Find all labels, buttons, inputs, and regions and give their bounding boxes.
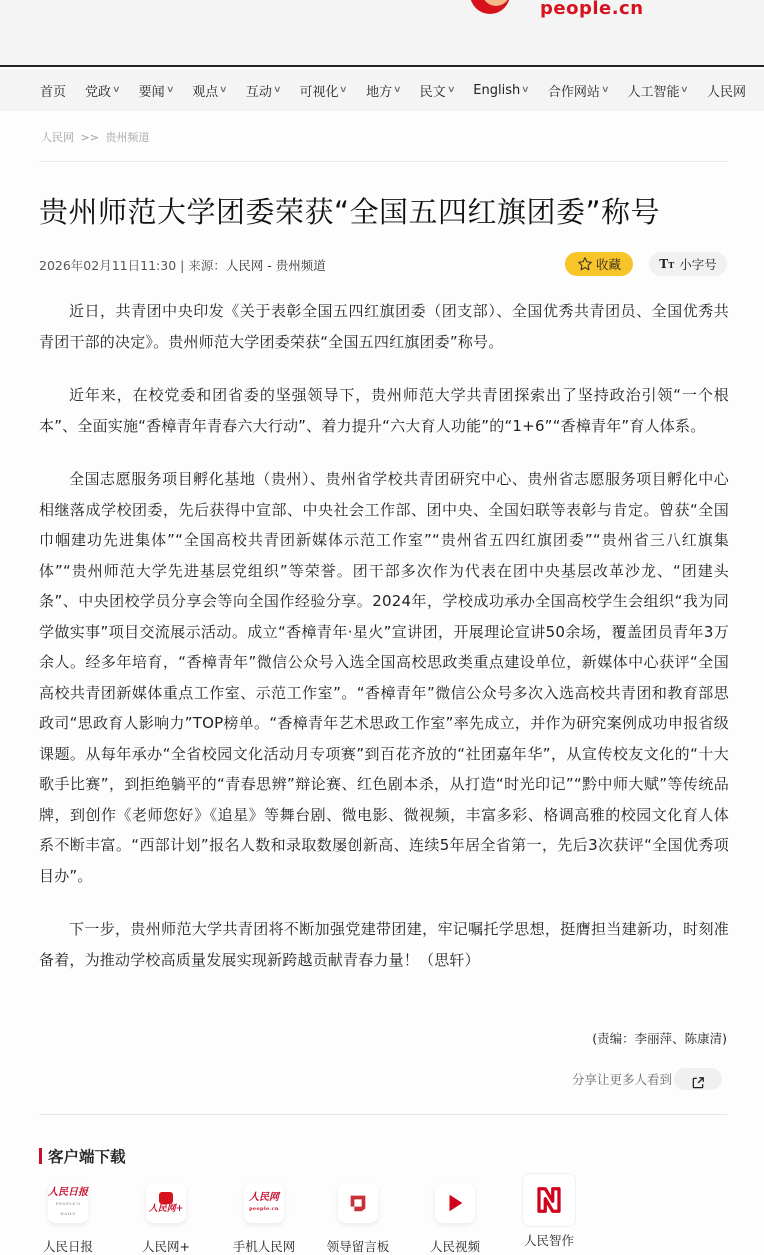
leader-board-icon xyxy=(338,1183,378,1223)
nav-item-visual[interactable]: 可视化∨ xyxy=(299,81,347,100)
nav-label: 互动 xyxy=(246,81,272,100)
nav-label: 可视化 xyxy=(299,81,338,100)
n-logo-icon xyxy=(522,1173,576,1227)
app-item-leader-board[interactable]: 领导留言板 xyxy=(323,1183,393,1255)
logo-mark-icon xyxy=(470,0,514,18)
star-icon xyxy=(577,256,593,272)
site-header: people.cn xyxy=(0,0,764,67)
favorite-label: 收藏 xyxy=(596,255,621,273)
nav-item-news[interactable]: 要闻∨ xyxy=(139,81,174,100)
nav-item-ai[interactable]: 人工智能∨ xyxy=(627,81,688,100)
chevron-down-icon: ∨ xyxy=(601,85,610,95)
chevron-down-icon: ∨ xyxy=(393,85,402,95)
editor-credit: (责编：李丽萍、陈康清) xyxy=(592,1029,727,1047)
nav-label: 民文 xyxy=(420,81,446,100)
article-paragraph: 近日，共青团中央印发《关于表彰全国五四红旗团委（团支部）、全国优秀共青团员、全国… xyxy=(39,296,729,357)
chevron-down-icon: ∨ xyxy=(339,85,348,95)
article-paragraph: 近年来，在校党委和团省委的坚强领导下，贵州师范大学共青团探索出了坚持政治引领“一… xyxy=(39,380,729,441)
article-meta: 2026年02月11日11:30 | 来源：人民网 - 贵州频道 xyxy=(39,256,326,274)
share-icon xyxy=(691,1076,705,1090)
app-item-people-ai[interactable]: 人民智作 xyxy=(514,1183,584,1249)
chevron-down-icon: ∨ xyxy=(166,85,175,95)
people-cn-icon: 人民网people.cn xyxy=(244,1183,284,1223)
app-label: 人民智作 xyxy=(514,1231,584,1249)
app-label: 人民视频 xyxy=(420,1237,490,1255)
breadcrumb: 人民网 >> 贵州频道 xyxy=(41,129,149,145)
section-title-text: 客户端下载 xyxy=(48,1145,126,1167)
chevron-down-icon: ∨ xyxy=(680,85,689,95)
article-body: 近日，共青团中央印发《关于表彰全国五四红旗团委（团支部）、全国优秀共青团员、全国… xyxy=(39,296,729,998)
nav-label: English xyxy=(473,83,520,98)
app-label: 人民网+ xyxy=(131,1237,201,1255)
nav-label: 地方 xyxy=(366,81,392,100)
app-item-people-plus[interactable]: 人民网+ 人民网+ xyxy=(131,1183,201,1255)
breadcrumb-root[interactable]: 人民网 xyxy=(41,131,74,144)
font-size-button[interactable]: TT 小字号 xyxy=(649,252,727,276)
site-logo[interactable]: people.cn xyxy=(470,0,644,19)
font-size-label: 小字号 xyxy=(679,255,717,273)
nav-item-opinion[interactable]: 观点∨ xyxy=(192,81,227,100)
nav-item-english[interactable]: English∨ xyxy=(473,83,529,98)
nav-label: 党政 xyxy=(85,81,111,100)
section-accent-bar xyxy=(39,1148,42,1164)
article-paragraph: 全国志愿服务项目孵化基地（贵州）、贵州省学校共青团研究中心、贵州省志愿服务项目孵… xyxy=(39,464,729,891)
divider xyxy=(39,161,727,162)
favorite-button[interactable]: 收藏 xyxy=(565,252,633,276)
article-paragraph: 下一步，贵州师范大学共青团将不断加强党建带团建，牢记嘱托学思想，挺膺担当建新功，… xyxy=(39,914,729,975)
share-text: 分享让更多人看到 xyxy=(572,1070,672,1088)
nav-label: 观点 xyxy=(192,81,218,100)
text-size-icon: TT xyxy=(659,257,674,271)
app-item-mobile-people[interactable]: 人民网people.cn 手机人民网 xyxy=(229,1183,299,1255)
source-link[interactable]: 人民网 - 贵州频道 xyxy=(226,258,326,273)
publish-datetime: 2026年02月11日11:30 xyxy=(39,258,176,273)
app-item-people-video[interactable]: 人民视频 xyxy=(420,1183,490,1255)
nav-label: 合作网站 xyxy=(548,81,600,100)
page-title: 贵州师范大学团委荣获“全国五四红旗团委”称号 xyxy=(39,190,660,231)
nav-item-people[interactable]: 人民网 xyxy=(707,81,746,100)
source-prefix: | 来源： xyxy=(176,258,226,273)
share-row: 分享让更多人看到 xyxy=(572,1068,722,1090)
nav-item-ethnic[interactable]: 民文∨ xyxy=(420,81,455,100)
app-label: 手机人民网 xyxy=(229,1237,299,1255)
nav-item-interact[interactable]: 互动∨ xyxy=(246,81,281,100)
nav-item-home[interactable]: 首页 xyxy=(40,81,66,100)
breadcrumb-separator: >> xyxy=(81,131,99,144)
app-label: 领导留言板 xyxy=(323,1237,393,1255)
main-nav: 首页 党政∨ 要闻∨ 观点∨ 互动∨ 可视化∨ 地方∨ 民文∨ English∨… xyxy=(0,69,764,111)
people-daily-icon: 人民日报PEOPLE'S DAILY xyxy=(48,1183,88,1223)
app-label: 人民日报 xyxy=(33,1237,103,1255)
nav-label: 首页 xyxy=(40,81,66,100)
chevron-down-icon: ∨ xyxy=(273,85,282,95)
nav-item-local[interactable]: 地方∨ xyxy=(366,81,401,100)
nav-item-partners[interactable]: 合作网站∨ xyxy=(548,81,609,100)
share-button[interactable] xyxy=(674,1068,722,1090)
people-plus-icon: 人民网+ xyxy=(146,1183,186,1223)
breadcrumb-current[interactable]: 贵州频道 xyxy=(105,131,149,144)
chevron-down-icon: ∨ xyxy=(112,85,121,95)
nav-label: 人民网 xyxy=(707,81,746,100)
chevron-down-icon: ∨ xyxy=(447,85,456,95)
app-item-people-daily[interactable]: 人民日报PEOPLE'S DAILY 人民日报 xyxy=(33,1183,103,1255)
logo-text: people.cn xyxy=(540,0,644,19)
chevron-down-icon: ∨ xyxy=(521,85,530,95)
chevron-down-icon: ∨ xyxy=(219,85,228,95)
nav-label: 人工智能 xyxy=(627,81,679,100)
downloads-section-title: 客户端下载 xyxy=(39,1145,126,1167)
divider xyxy=(39,1114,727,1115)
play-icon xyxy=(435,1183,475,1223)
nav-item-party[interactable]: 党政∨ xyxy=(85,81,120,100)
nav-label: 要闻 xyxy=(139,81,165,100)
